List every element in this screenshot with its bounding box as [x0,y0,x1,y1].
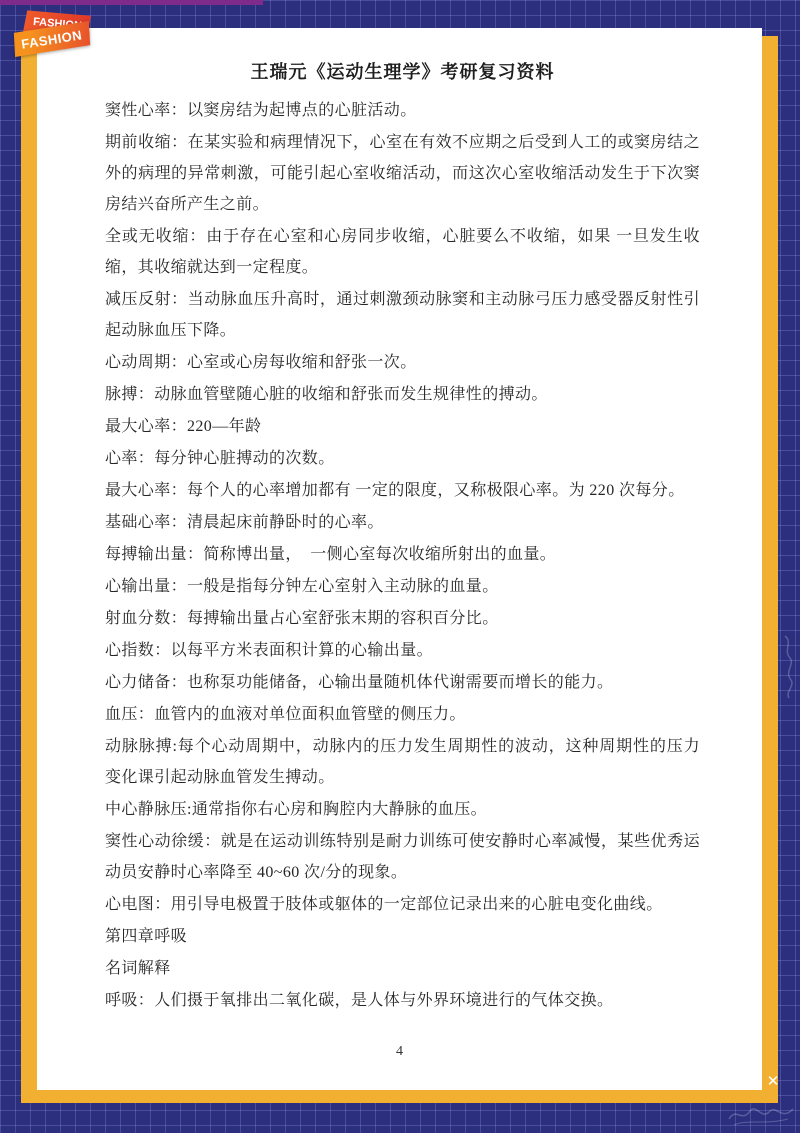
paragraph: 窦性心动徐缓：就是在运动训练特别是耐力训练可使安静时心率减慢，某些优秀运动员安静… [105,826,700,888]
paragraph: 呼吸：人们摄于氧排出二氧化碳，是人体与外界环境进行的气体交换。 [105,985,700,1016]
top-accent-strip [0,0,263,5]
fashion-badge-front-label: FASHION [21,27,84,51]
watermark-scribble-bottom [726,1097,796,1129]
paragraph: 射血分数：每搏输出量占心室舒张末期的容积百分比。 [105,603,700,634]
document-body: 窦性心率：以窦房结为起博点的心脏活动。期前收缩：在某实验和病理情况下，心室在有效… [105,95,700,1016]
watermark-scribble-right [779,632,799,702]
document-title: 王瑞元《运动生理学》考研复习资料 [105,58,700,86]
paragraph: 最大心率：每个人的心率增加都有 一定的限度，又称极限心率。为 220 次每分。 [105,475,700,506]
paragraph: 心指数：以每平方米表面积计算的心输出量。 [105,635,700,666]
document-page: 王瑞元《运动生理学》考研复习资料 窦性心率：以窦房结为起博点的心脏活动。期前收缩… [37,28,762,1090]
paragraph: 心率：每分钟心脏搏动的次数。 [105,443,700,474]
paragraph: 名词解释 [105,953,700,984]
paragraph: 窦性心率：以窦房结为起博点的心脏活动。 [105,95,700,126]
paragraph: 全或无收缩：由于存在心室和心房同步收缩，心脏要么不收缩，如果 一旦发生收缩，其收… [105,221,700,283]
paragraph: 第四章呼吸 [105,921,700,952]
paragraph: 血压：血管内的血液对单位面积血管壁的侧压力。 [105,699,700,730]
paragraph: 脉搏：动脉血管壁随心脏的收缩和舒张而发生规律性的搏动。 [105,379,700,410]
paragraph: 心输出量：一般是指每分钟左心室射入主动脉的血量。 [105,571,700,602]
paragraph: 动脉脉搏:每个心动周期中，动脉内的压力发生周期性的波动，这种周期性的压力变化课引… [105,731,700,793]
paragraph: 心动周期：心室或心房每收缩和舒张一次。 [105,347,700,378]
paragraph: 最大心率：220—年龄 [105,411,700,442]
paragraph: 心力储备：也称泵功能储备，心输出量随机体代谢需要而增长的能力。 [105,667,700,698]
paragraph: 心电图：用引导电极置于肢体或躯体的一定部位记录出来的心脏电变化曲线。 [105,889,700,920]
paragraph: 中心静脉压:通常指你右心房和胸腔内大静脉的血压。 [105,794,700,825]
paragraph: 每搏输出量：简称博出量， 一侧心室每次收缩所射出的血量。 [105,539,700,570]
viewer-background: 王瑞元《运动生理学》考研复习资料 窦性心率：以窦房结为起博点的心脏活动。期前收缩… [0,0,800,1133]
paragraph: 期前收缩：在某实验和病理情况下，心室在有效不应期之后受到人工的或窦房结之外的病理… [105,127,700,220]
close-icon[interactable]: ✕ [763,1071,783,1091]
paragraph: 减压反射：当动脉血压升高时，通过刺激颈动脉窦和主动脉弓压力感受器反射性引起动脉血… [105,284,700,346]
page-number: 4 [37,1044,762,1060]
paragraph: 基础心率：清晨起床前静卧时的心率。 [105,507,700,538]
